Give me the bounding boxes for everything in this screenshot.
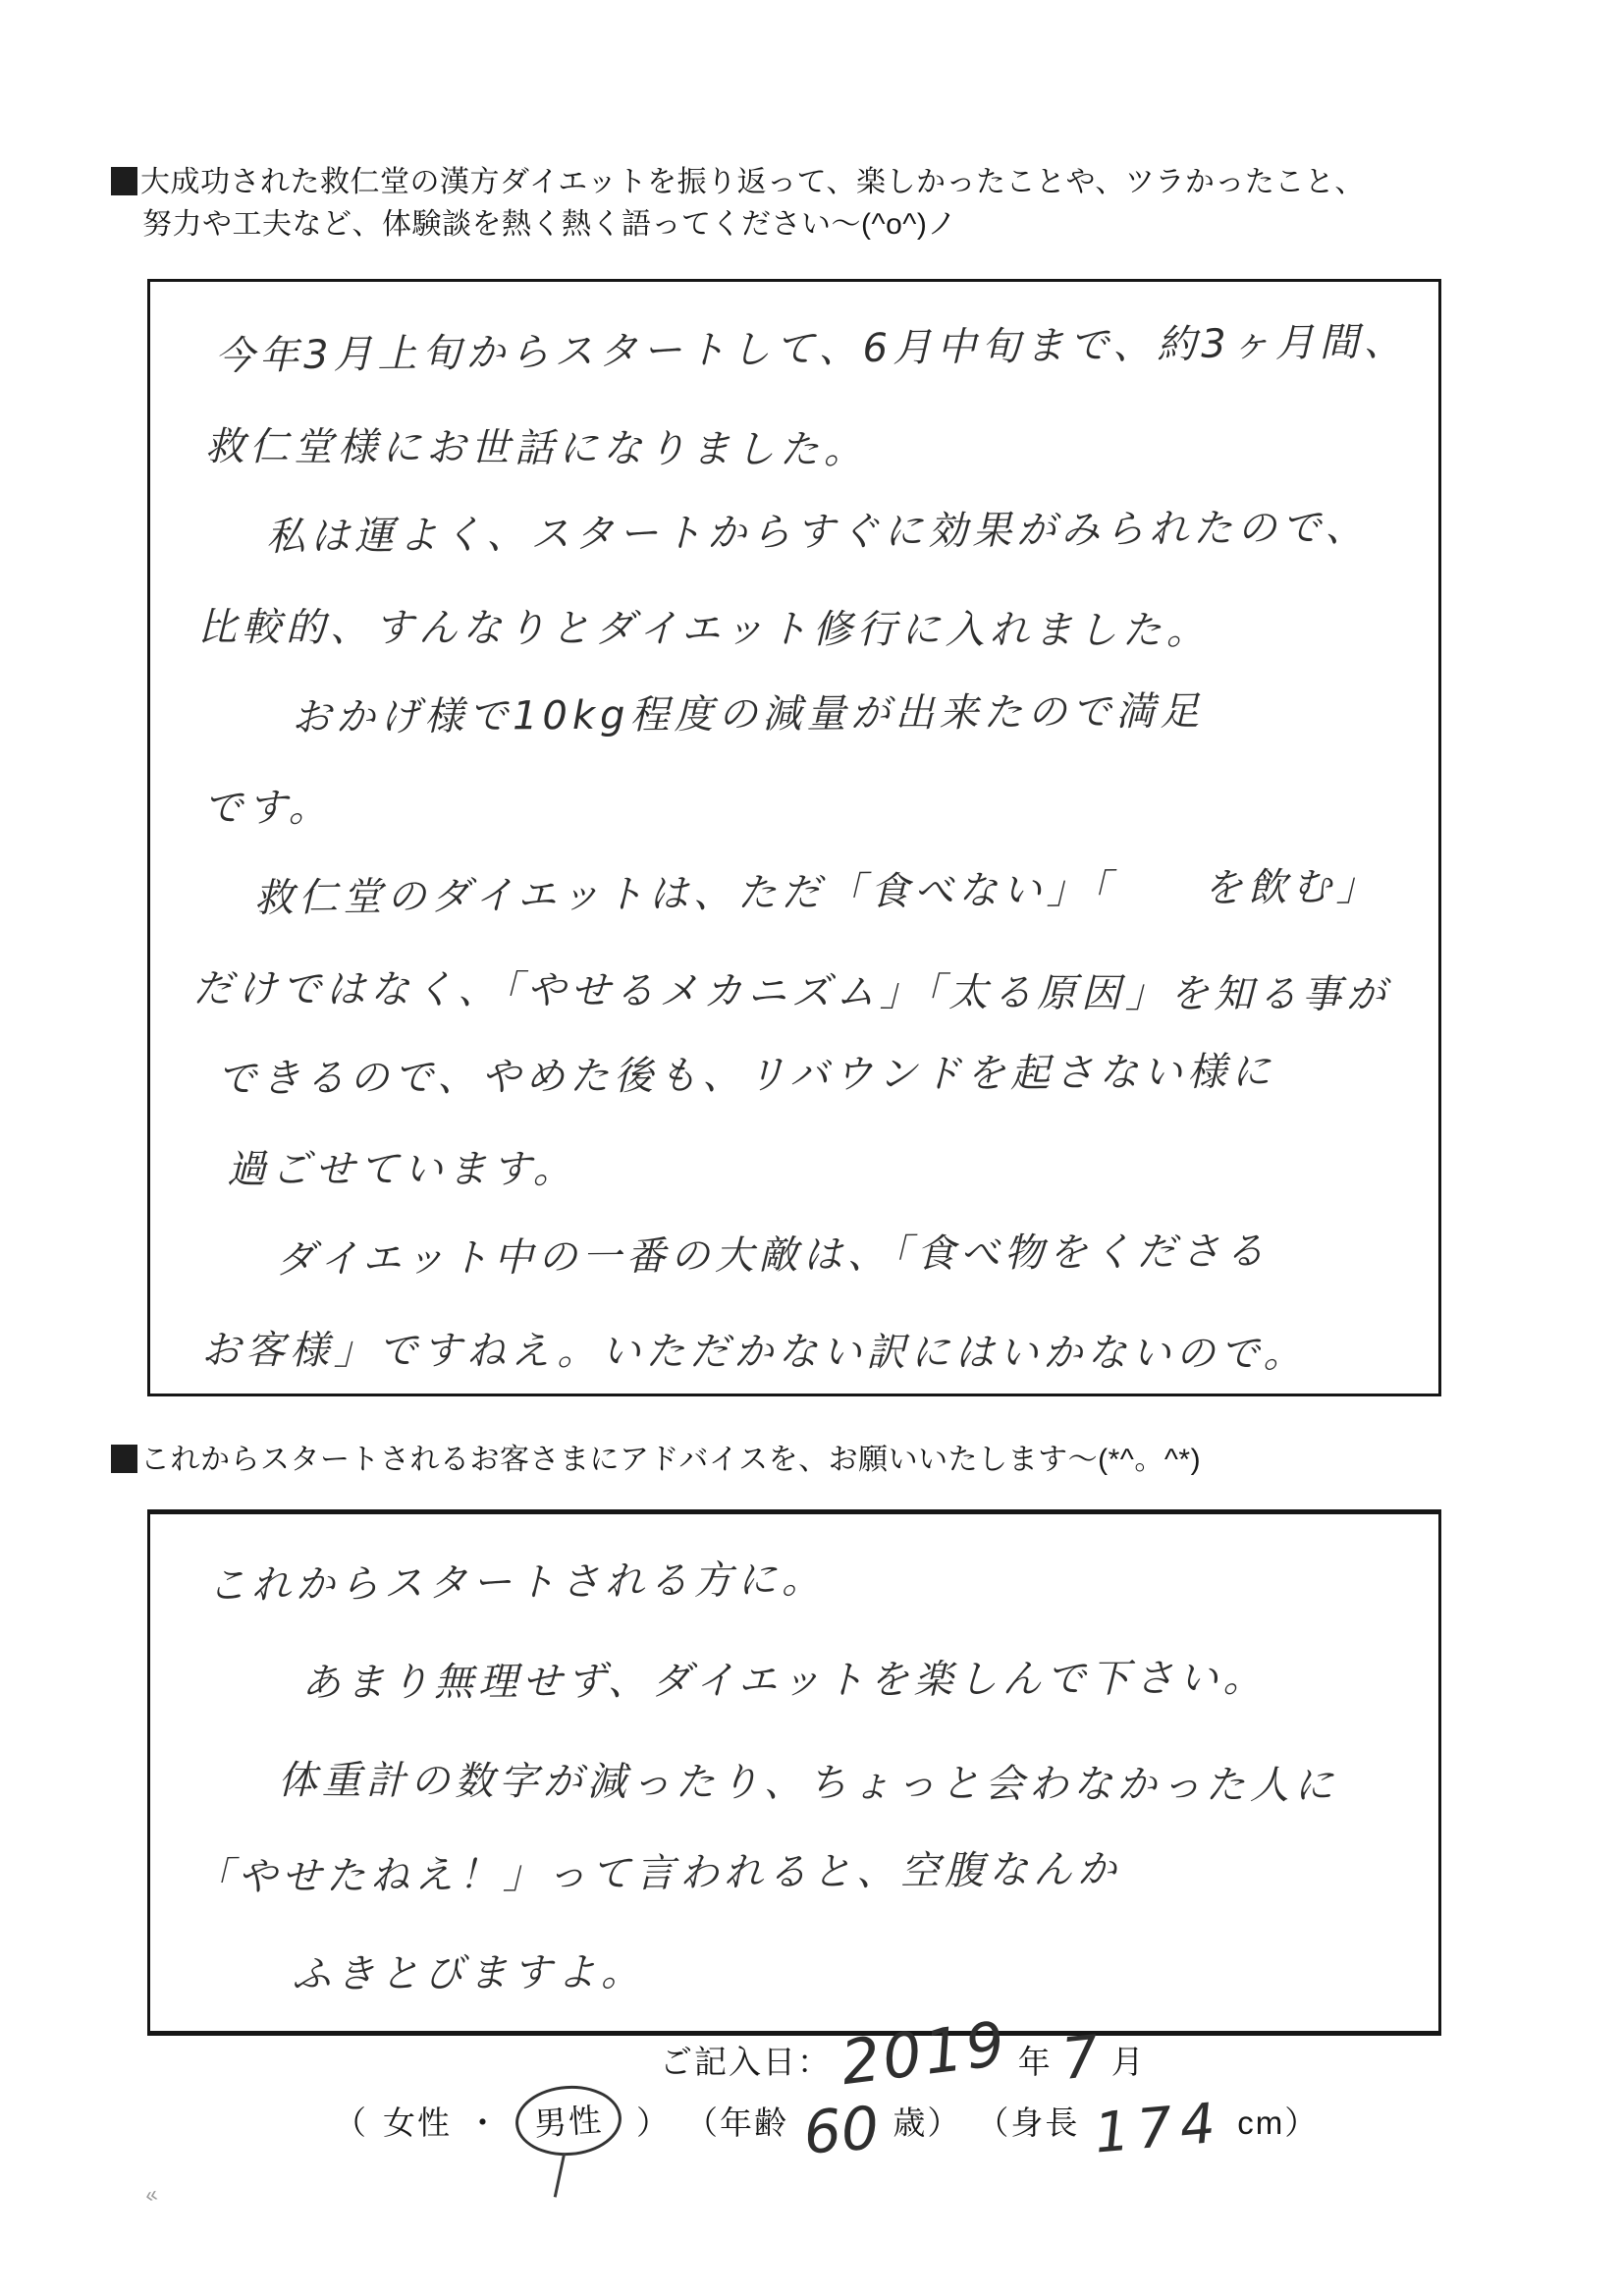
question2-line1-text: これからスタートされるお客さまにアドバイスを、お願いいたします～(*^。^*) [140, 1444, 1201, 1476]
handwritten-line: 私は運よく、スタートからすぐに効果がみられたので、 [266, 478, 1420, 578]
bullet-square-icon [111, 167, 137, 195]
height-unit-label: cm） [1237, 2098, 1319, 2144]
profile-row: （ 女性 ・ 男性 ） （年齢 60 歳） （身長 174 cm） [334, 2086, 1319, 2156]
handwritten-line: お客様」ですねえ。いただかない訳にはいかないので。 [201, 1301, 1419, 1395]
handwritten-line: ダイエット中の一番の大敵は、「食べ物をくださる [276, 1201, 1420, 1301]
age-suffix-label: 歳） [893, 2098, 961, 2144]
handwritten-line: だけではなく、「やせるメカニズム」「太る原因」を知る事が [193, 940, 1419, 1037]
handwritten-line: 救仁堂のダイエットは、ただ「食べない」「 を飲む」 [254, 838, 1420, 940]
question1-heading: 大成功された救仁堂の漢方ダイエットを振り返って、楽しかったことや、ツラかったこと… [111, 161, 1365, 246]
height-label: （身長 [976, 2098, 1079, 2144]
bullet-square-icon [111, 1445, 137, 1473]
handwritten-line: できるので、やめた後も、リバウンドを起さない様に [217, 1021, 1420, 1121]
handwritten-line: あまり無理せず、ダイエットを楽しんで下さい。 [301, 1625, 1420, 1728]
gender-selected-circle: 男性 [514, 2082, 624, 2159]
pen-stroke-mark [554, 2153, 566, 2198]
entry-date-row: ご記入日： 2019 年 7 月 [660, 2021, 1146, 2093]
paren-close: ） [636, 2098, 671, 2144]
handwritten-line: 今年3月上旬からスタートして、6月中旬まで、約3ヶ月間、 [214, 293, 1419, 398]
handwritten-line: 比較的、すんなりとダイエット修行に入れました。 [197, 578, 1419, 673]
answer-box-2: これからスタートされる方に。 あまり無理せず、ダイエットを楽しんで下さい。 体重… [147, 1509, 1441, 2036]
question1-line2: 努力や工夫など、体験談を熱く熱く語ってください～(^o^)ノ [111, 203, 1365, 246]
entry-date-label: ご記入日： [660, 2037, 832, 2093]
year-suffix-label: 年 [1018, 2037, 1053, 2093]
scanned-questionnaire-page: 大成功された救仁堂の漢方ダイエットを振り返って、楽しかったことや、ツラかったこと… [0, 0, 1623, 2296]
month-suffix-label: 月 [1111, 2037, 1146, 2093]
scan-speck: « [142, 2181, 159, 2209]
entry-month-value: 7 [1058, 2022, 1105, 2093]
handwritten-line: これからスタートされる方に。 [206, 1521, 1419, 1631]
handwritten-line: ふきとびますよ。 [292, 1915, 1420, 2020]
handwritten-line: 「やせたねえ！」って言われると、空腹なんか [193, 1815, 1420, 1923]
question1-line1-text: 大成功された救仁堂の漢方ダイエットを振り返って、楽しかったことや、ツラかったこと… [140, 166, 1365, 198]
handwritten-line: おかげ様で10kg程度の減量が出来たので満足 [292, 661, 1420, 759]
paren-open: （ [334, 2098, 368, 2144]
height-value: 174 [1092, 2091, 1225, 2165]
answer-box-1: 今年3月上旬からスタートして、6月中旬まで、約3ヶ月間、 救仁堂様にお世話になり… [147, 279, 1441, 1396]
question2-line1: これからスタートされるお客さまにアドバイスを、お願いいたします～(*^。^*) [111, 1439, 1201, 1481]
handwritten-line: です。 [203, 759, 1419, 849]
question2-heading: これからスタートされるお客さまにアドバイスを、お願いいたします～(*^。^*) [111, 1439, 1201, 1481]
age-value: 60 [801, 2094, 881, 2167]
gender-option-female: 女性 [383, 2098, 452, 2144]
handwritten-line: 過ごせています。 [227, 1121, 1419, 1211]
gender-option-male: 男性 [533, 2102, 604, 2143]
age-label: （年齢 [685, 2098, 788, 2144]
gender-separator: ・ [466, 2098, 501, 2144]
question1-line1: 大成功された救仁堂の漢方ダイエットを振り返って、楽しかったことや、ツラかったこと… [111, 161, 1365, 203]
